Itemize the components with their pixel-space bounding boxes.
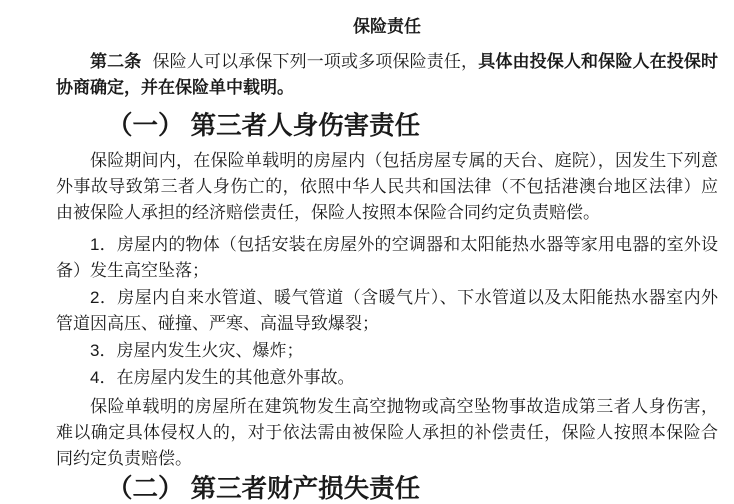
article-2-intro-text: 保险人可以承保下列一项或多项保险责任，: [152, 52, 478, 71]
section-1-intro-paragraph: 保险期间内，在保险单载明的房屋内（包括房屋专属的天台、庭院），因发生下列意外事故…: [56, 148, 718, 226]
list-item-3: 3．房屋内发生火灾、爆炸；: [56, 338, 718, 364]
list-item-4: 4．在房屋内发生的其他意外事故。: [56, 365, 718, 391]
article-2-label: 第二条: [90, 52, 141, 71]
page-title: 保险责任: [56, 14, 718, 40]
section-1-outro-paragraph: 保险单载明的房屋所在建筑物发生高空抛物或高空坠物事故造成第三者人身伤害，难以确定…: [56, 394, 718, 472]
list-item-1: 1．房屋内的物体（包括安装在房屋外的空调器和太阳能热水器等家用电器的室外设备）发…: [56, 232, 718, 284]
article-2-paragraph: 第二条保险人可以承保下列一项或多项保险责任，具体由投保人和保险人在投保时协商确定…: [56, 49, 718, 101]
list-item-2: 2．房屋内自来水管道、暖气管道（含暖气片）、下水管道以及太阳能热水器室内外管道因…: [56, 285, 718, 337]
section-1-heading: （一） 第三者人身伤害责任: [56, 113, 718, 139]
document-page: 保险责任 第二条保险人可以承保下列一项或多项保险责任，具体由投保人和保险人在投保…: [0, 0, 734, 504]
section-2-heading: （二） 第三者财产损失责任: [56, 476, 718, 502]
